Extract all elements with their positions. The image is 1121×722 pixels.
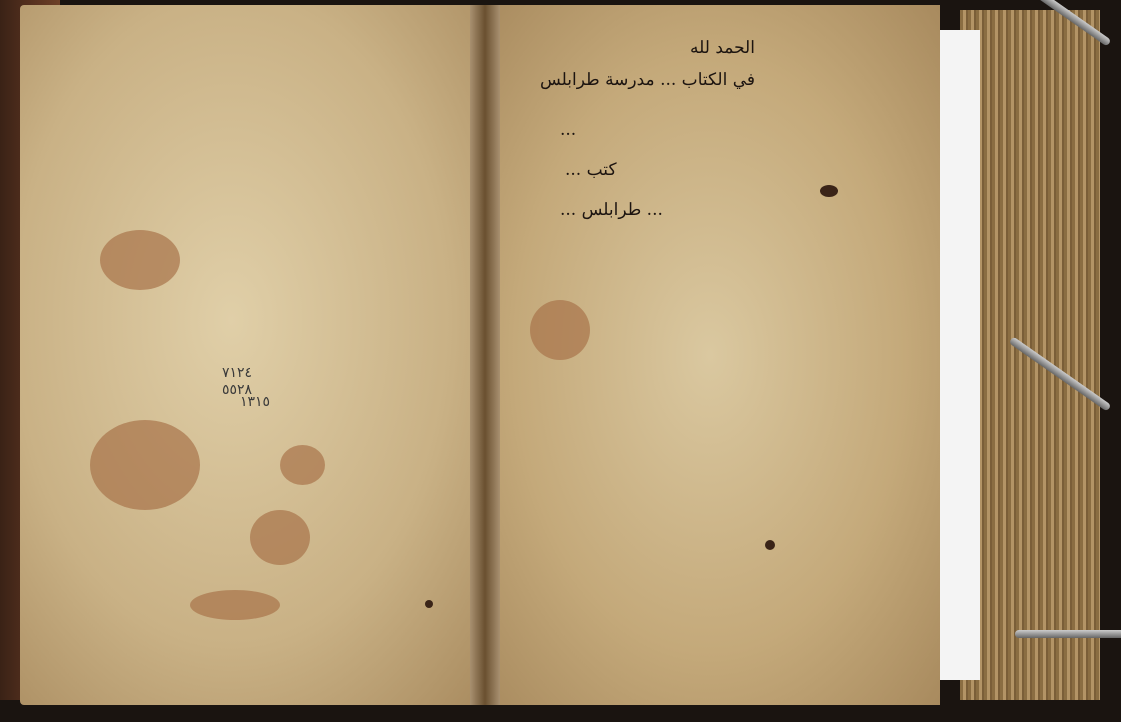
water-stain (530, 300, 590, 360)
water-stain (250, 510, 310, 565)
inscription-line: ... (560, 120, 576, 140)
inscription-line: في الكتاب ... مدرسة طرابلس (540, 70, 755, 90)
wormhole (820, 185, 838, 197)
water-stain (280, 445, 325, 485)
inscription-line: الحمد لله (690, 38, 755, 58)
water-stain (190, 590, 280, 620)
wormhole (425, 600, 433, 608)
gutter (470, 5, 500, 705)
water-stain (90, 420, 200, 510)
inscription-line: كتب ... (565, 160, 617, 180)
shelfmark-note: ١٣١٥ (240, 394, 270, 410)
shelfmark-note: ٧١٢٤ (222, 365, 252, 381)
inscription-line: ... طرابلس ... (560, 200, 663, 220)
wormhole (765, 540, 775, 550)
manuscript-photo: الحمد لله في الكتاب ... مدرسة طرابلس ...… (0, 0, 1121, 722)
water-stain (100, 230, 180, 290)
clip-bottom (1015, 630, 1121, 638)
